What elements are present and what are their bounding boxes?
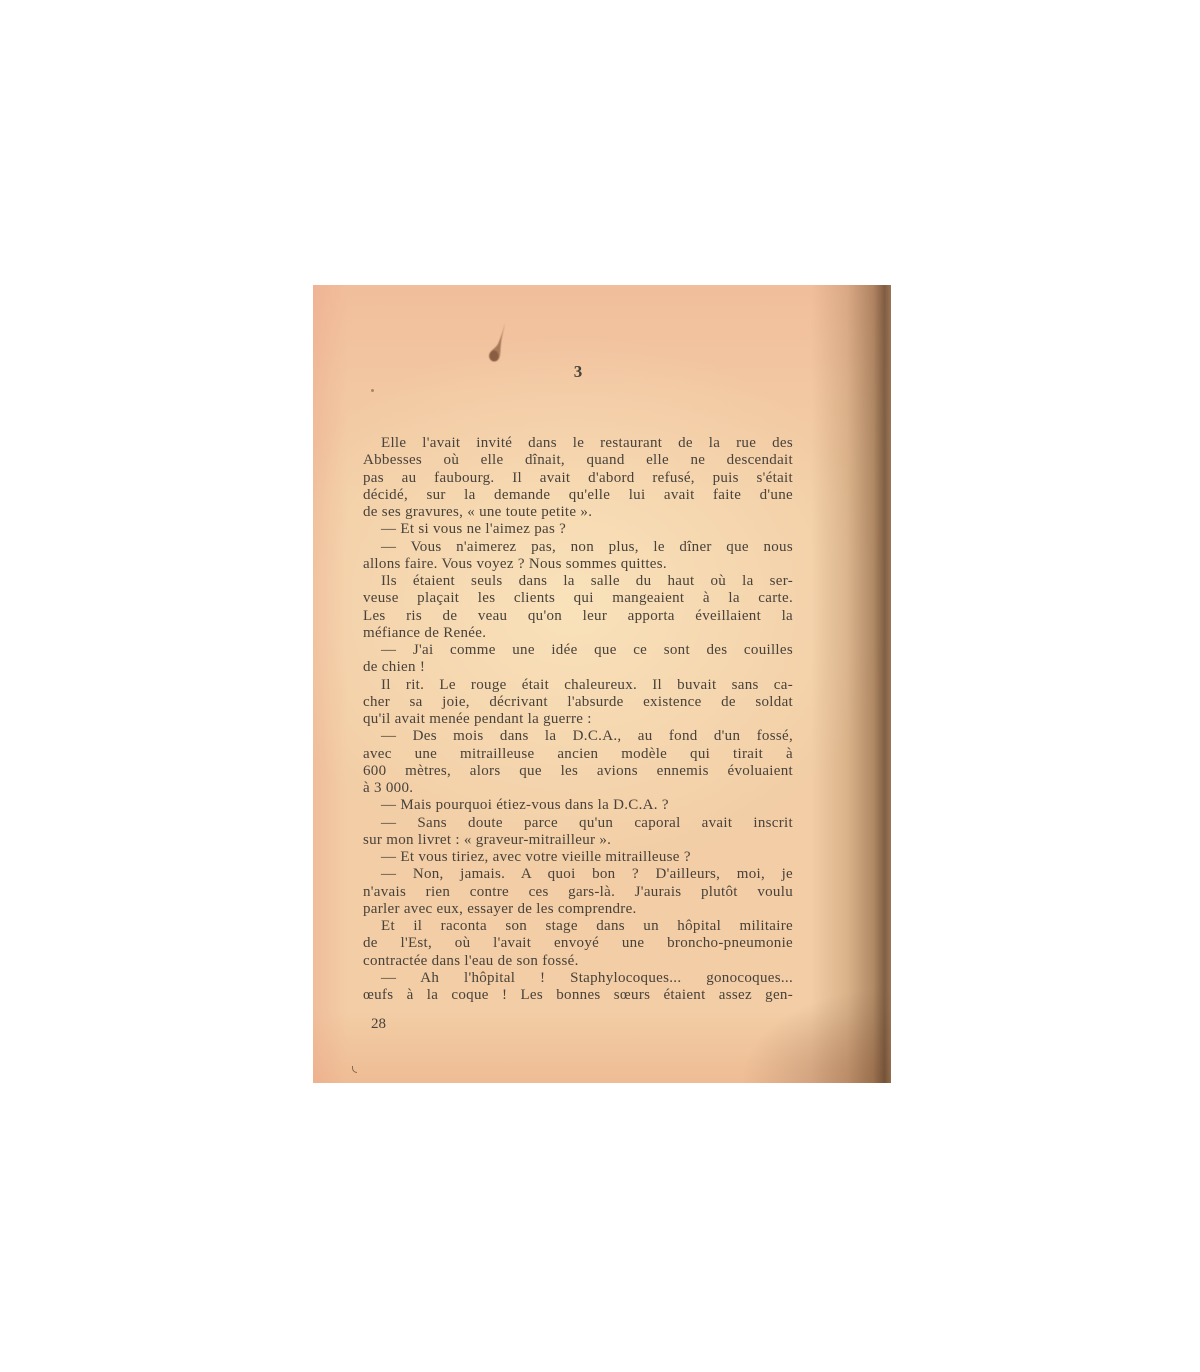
text-line: méfiance de Renée. [363, 625, 793, 642]
scan-background: 3 Elle l'avait invité dans le restaurant… [0, 0, 1200, 1372]
text-line: contractée dans l'eau de son fossé. [363, 953, 793, 970]
text-line: — J'ai comme une idée que ce sont des co… [363, 642, 793, 659]
paragraph: — Des mois dans la D.C.A., au fond d'un … [363, 728, 793, 797]
text-line: parler avec eux, essayer de les comprend… [363, 901, 793, 918]
paper-speck [371, 389, 374, 392]
text-line: — Ah l'hôpital ! Staphylocoques... gonoc… [363, 970, 793, 987]
paragraph: — Sans doute parce qu'un caporal avait i… [363, 815, 793, 850]
text-line: Et il raconta son stage dans un hôpital … [363, 918, 793, 935]
text-line: n'avais rien contre ces gars-là. J'aurai… [363, 884, 793, 901]
text-line: sur mon livret : « graveur-mitrailleur »… [363, 832, 793, 849]
text-line: Elle l'avait invité dans le restaurant d… [363, 435, 793, 452]
text-line: avec une mitrailleuse ancien modèle qui … [363, 746, 793, 763]
text-line: — Des mois dans la D.C.A., au fond d'un … [363, 728, 793, 745]
text-line: de ses gravures, « une toute petite ». [363, 504, 793, 521]
chapter-number: 3 [363, 363, 793, 380]
paragraph: Elle l'avait invité dans le restaurant d… [363, 435, 793, 521]
gutter-shadow [811, 285, 891, 1083]
text-line: pas au faubourg. Il avait d'abord refusé… [363, 470, 793, 487]
text-line: — Sans doute parce qu'un caporal avait i… [363, 815, 793, 832]
paragraph: — J'ai comme une idée que ce sont des co… [363, 642, 793, 677]
ink-stain-mark [486, 322, 508, 364]
text-line: de chien ! [363, 659, 793, 676]
text-line: cher sa joie, décrivant l'absurde existe… [363, 694, 793, 711]
text-line: œufs à la coque ! Les bonnes sœurs étaie… [363, 987, 793, 1004]
text-line: — Et vous tiriez, avec votre vieille mit… [363, 849, 793, 866]
text-line: décidé, sur la demande qu'elle lui avait… [363, 487, 793, 504]
page-number: 28 [371, 1016, 386, 1033]
book-page: 3 Elle l'avait invité dans le restaurant… [313, 285, 891, 1083]
text-line: 600 mètres, alors que les avions ennemis… [363, 763, 793, 780]
text-line: allons faire. Vous voyez ? Nous sommes q… [363, 556, 793, 573]
text-line: veuse plaçait les clients qui mangeaient… [363, 590, 793, 607]
text-line: Il rit. Le rouge était chaleureux. Il bu… [363, 677, 793, 694]
text-line: Ils étaient seuls dans la salle du haut … [363, 573, 793, 590]
text-block: Elle l'avait invité dans le restaurant d… [363, 435, 793, 1004]
paragraph: — Vous n'aimerez pas, non plus, le dîner… [363, 539, 793, 574]
text-line: — Et si vous ne l'aimez pas ? [363, 521, 793, 538]
paragraph: — Mais pourquoi étiez-vous dans la D.C.A… [363, 797, 793, 814]
text-line: Abbesses où elle dînait, quand elle ne d… [363, 452, 793, 469]
paragraph: — Et vous tiriez, avec votre vieille mit… [363, 849, 793, 866]
paragraph: Et il raconta son stage dans un hôpital … [363, 918, 793, 970]
paragraph: Il rit. Le rouge était chaleureux. Il bu… [363, 677, 793, 729]
paper-speck [352, 1066, 357, 1073]
text-line: à 3 000. [363, 780, 793, 797]
paragraph: — Et si vous ne l'aimez pas ? [363, 521, 793, 538]
text-line: qu'il avait menée pendant la guerre : [363, 711, 793, 728]
paragraph: — Ah l'hôpital ! Staphylocoques... gonoc… [363, 970, 793, 1005]
text-line: de l'Est, où l'avait envoyé une broncho-… [363, 935, 793, 952]
text-line: — Vous n'aimerez pas, non plus, le dîner… [363, 539, 793, 556]
text-line: Les ris de veau qu'on leur apporta éveil… [363, 608, 793, 625]
paragraph: Ils étaient seuls dans la salle du haut … [363, 573, 793, 642]
text-line: — Non, jamais. A quoi bon ? D'ailleurs, … [363, 866, 793, 883]
paragraph: — Non, jamais. A quoi bon ? D'ailleurs, … [363, 866, 793, 918]
text-line: — Mais pourquoi étiez-vous dans la D.C.A… [363, 797, 793, 814]
